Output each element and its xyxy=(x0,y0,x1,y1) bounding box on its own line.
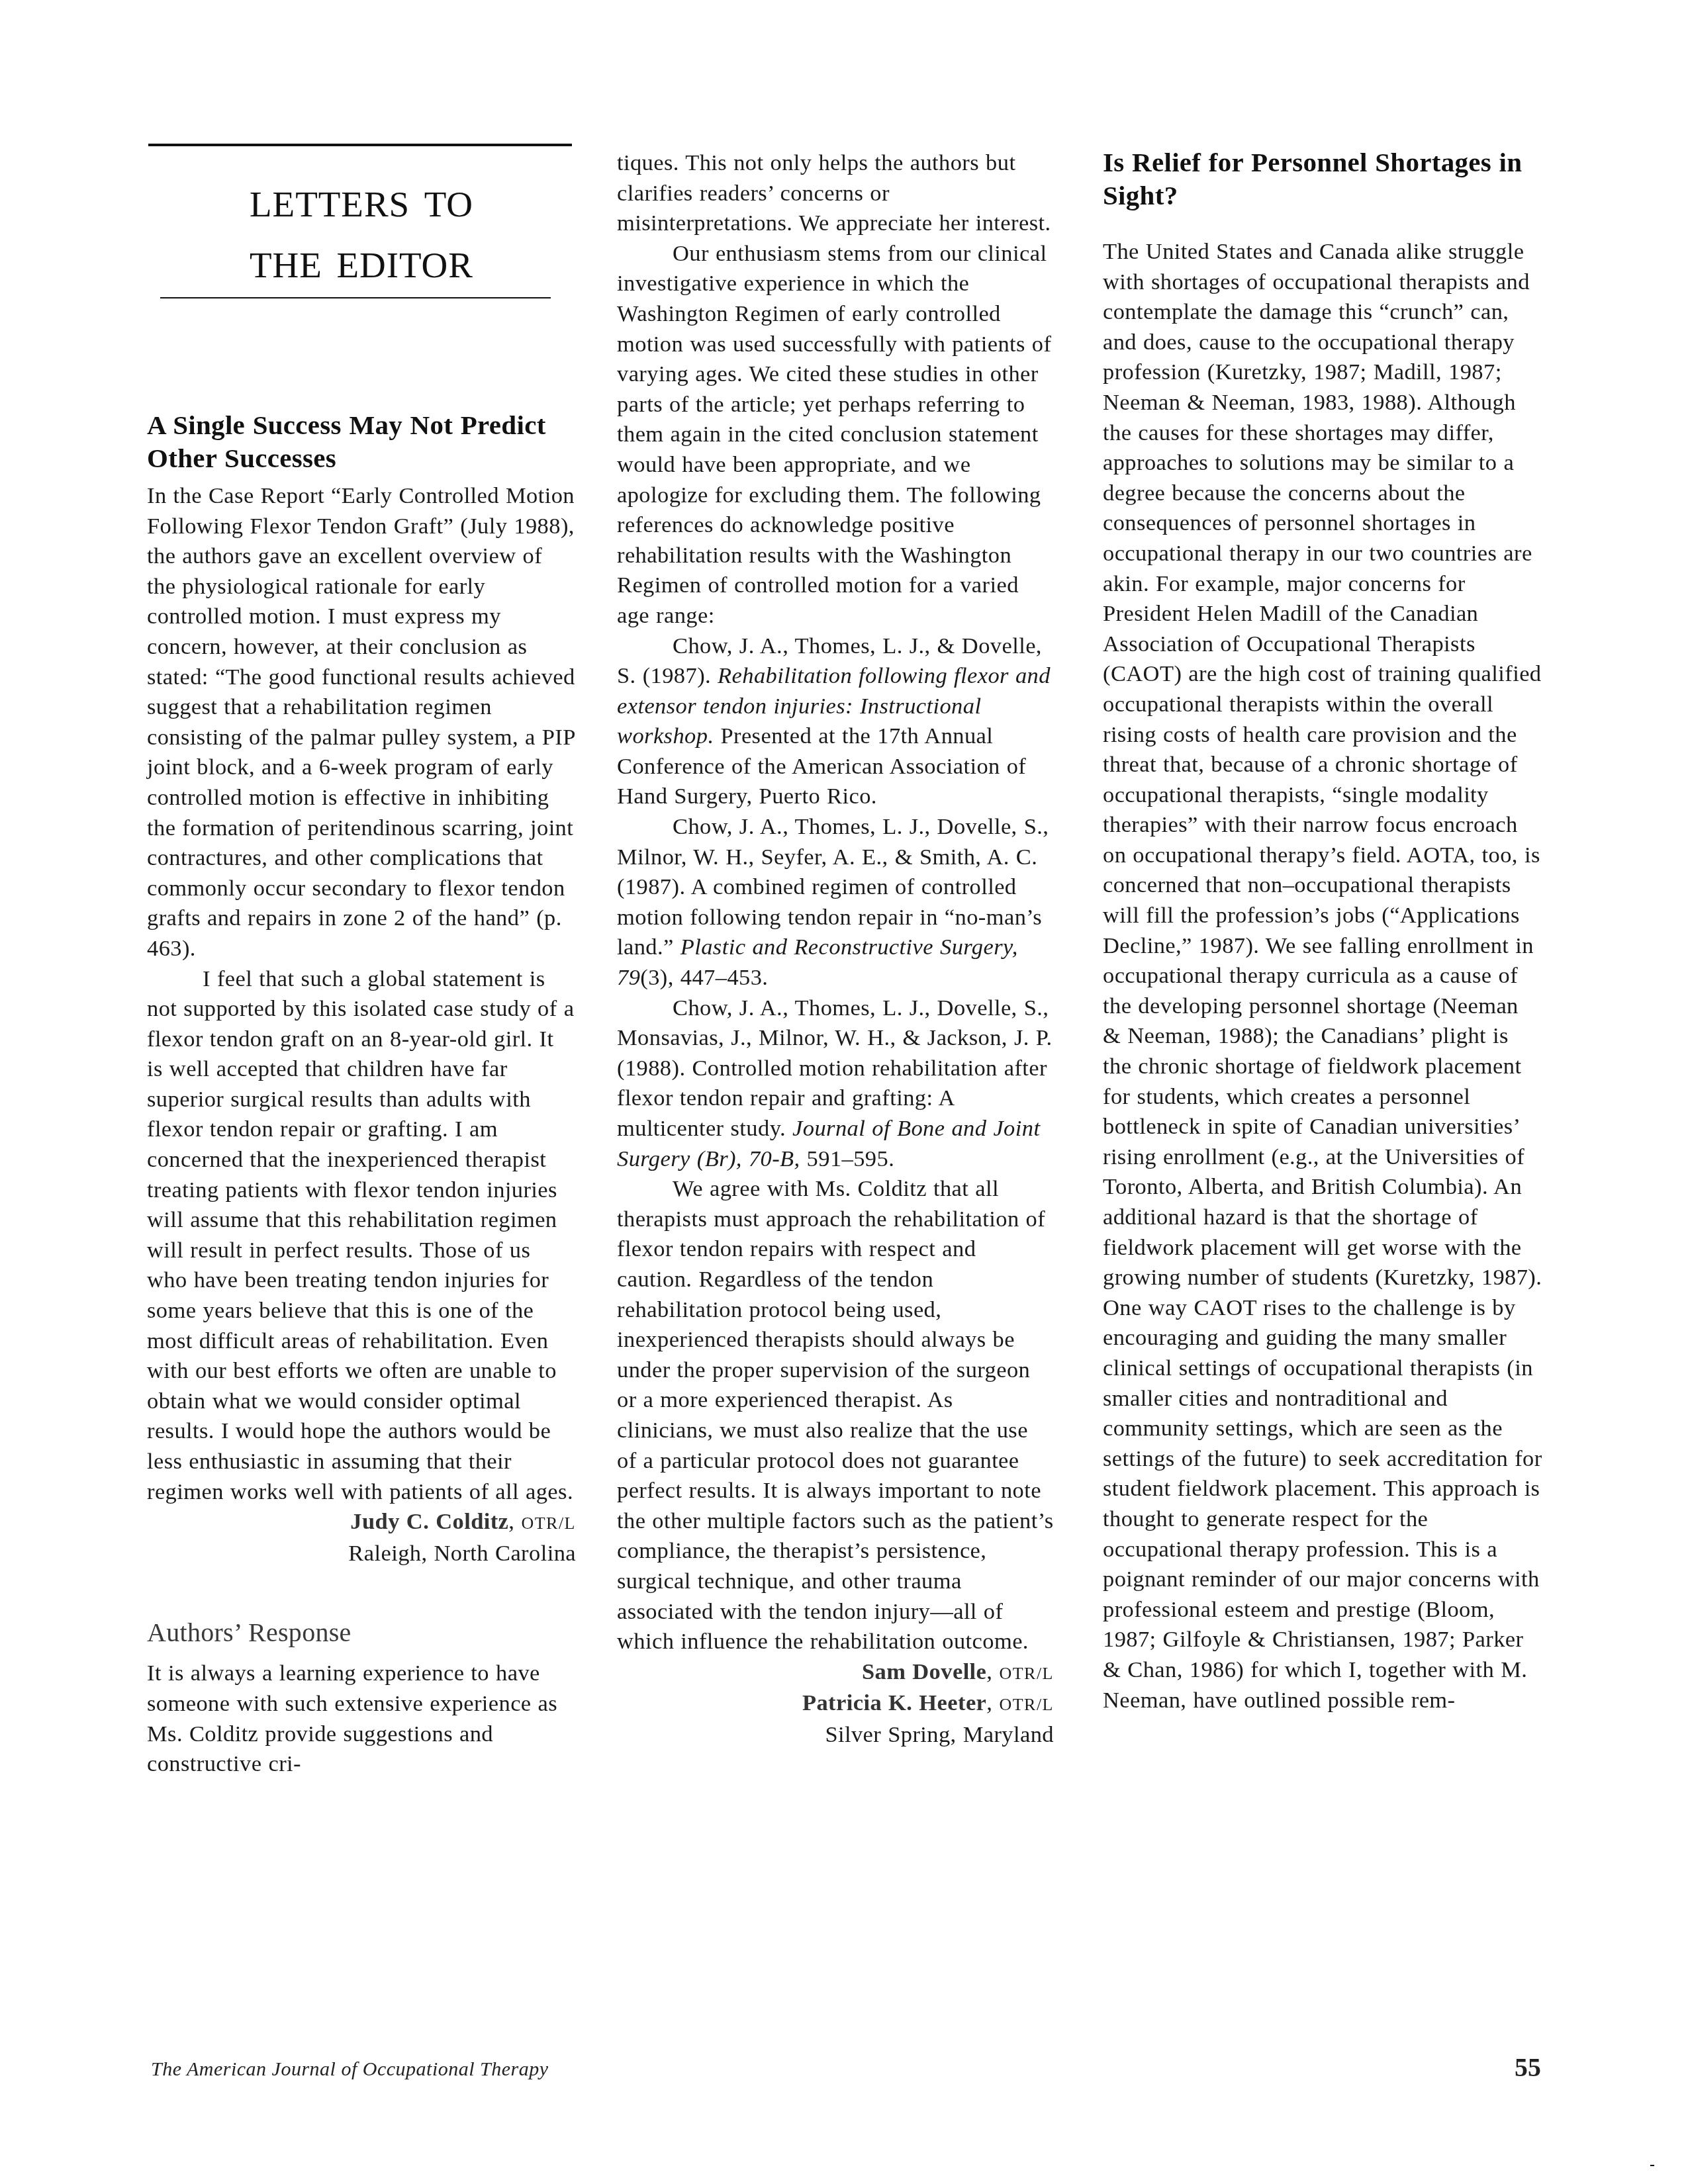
letter-heading: A Single Success May Not Predict Other S… xyxy=(147,408,576,475)
response-signature: Patricia K. Heeter, OTR/L xyxy=(617,1688,1054,1720)
response-paragraph: Our enthusiasm stems from our clinical i… xyxy=(617,239,1054,631)
response-paragraph-continued: tiques. This not only helps the authors … xyxy=(617,148,1054,239)
author-credential: OTR/L xyxy=(999,1664,1054,1683)
section-masthead: Letters to the Editor xyxy=(147,144,576,298)
letter-paragraph: I feel that such a global statement is n… xyxy=(147,964,576,1508)
author-credential: OTR/L xyxy=(521,1514,576,1533)
response-paragraph: It is always a learning experience to ha… xyxy=(147,1659,576,1779)
author-location: Silver Spring, Maryland xyxy=(617,1720,1054,1751)
author-name: Judy C. Colditz xyxy=(350,1509,508,1534)
section-title-line-1: Letters to xyxy=(147,169,576,230)
page-number: 55 xyxy=(1515,2052,1541,2083)
letter-heading: Is Relief for Personnel Shortages in Sig… xyxy=(1103,146,1542,212)
column-left: Letters to the Editor A Single Success M… xyxy=(147,144,576,1780)
response-signature: Sam Dovelle, OTR/L xyxy=(617,1657,1054,1689)
reference-item: Chow, J. A., Thomes, L. J., Dovelle, S.,… xyxy=(617,812,1054,993)
response-paragraph: We agree with Ms. Colditz that all thera… xyxy=(617,1174,1054,1657)
letter-paragraph: In the Case Report “Early Controlled Mot… xyxy=(147,481,576,964)
reference-item: Chow, J. A., Thomes, L. J., Dovelle, S.,… xyxy=(617,993,1054,1175)
section-title-line-2: the Editor xyxy=(147,230,576,291)
reference-item: Chow, J. A., Thomes, L. J., & Dovelle, S… xyxy=(617,631,1054,813)
author-credential: OTR/L xyxy=(999,1695,1054,1714)
response-heading: Authors’ Response xyxy=(147,1616,576,1649)
section-title: Letters to the Editor xyxy=(147,169,576,291)
column-middle: tiques. This not only helps the authors … xyxy=(617,148,1054,1750)
letter-paragraph: The United States and Canada alike strug… xyxy=(1103,237,1542,1715)
masthead-bottom-rule xyxy=(160,297,551,298)
masthead-top-rule xyxy=(148,144,572,146)
column-right: Is Relief for Personnel Shortages in Sig… xyxy=(1103,146,1542,1715)
author-location: Raleigh, North Carolina xyxy=(147,1539,576,1569)
author-name: Patricia K. Heeter xyxy=(802,1690,986,1715)
journal-name: The American Journal of Occupational The… xyxy=(151,2058,549,2081)
author-name: Sam Dovelle xyxy=(862,1659,986,1684)
letter-signature: Judy C. Colditz, OTR/L xyxy=(147,1507,576,1539)
scan-mark xyxy=(1650,2165,1654,2166)
journal-page: Letters to the Editor A Single Success M… xyxy=(0,0,1688,2184)
